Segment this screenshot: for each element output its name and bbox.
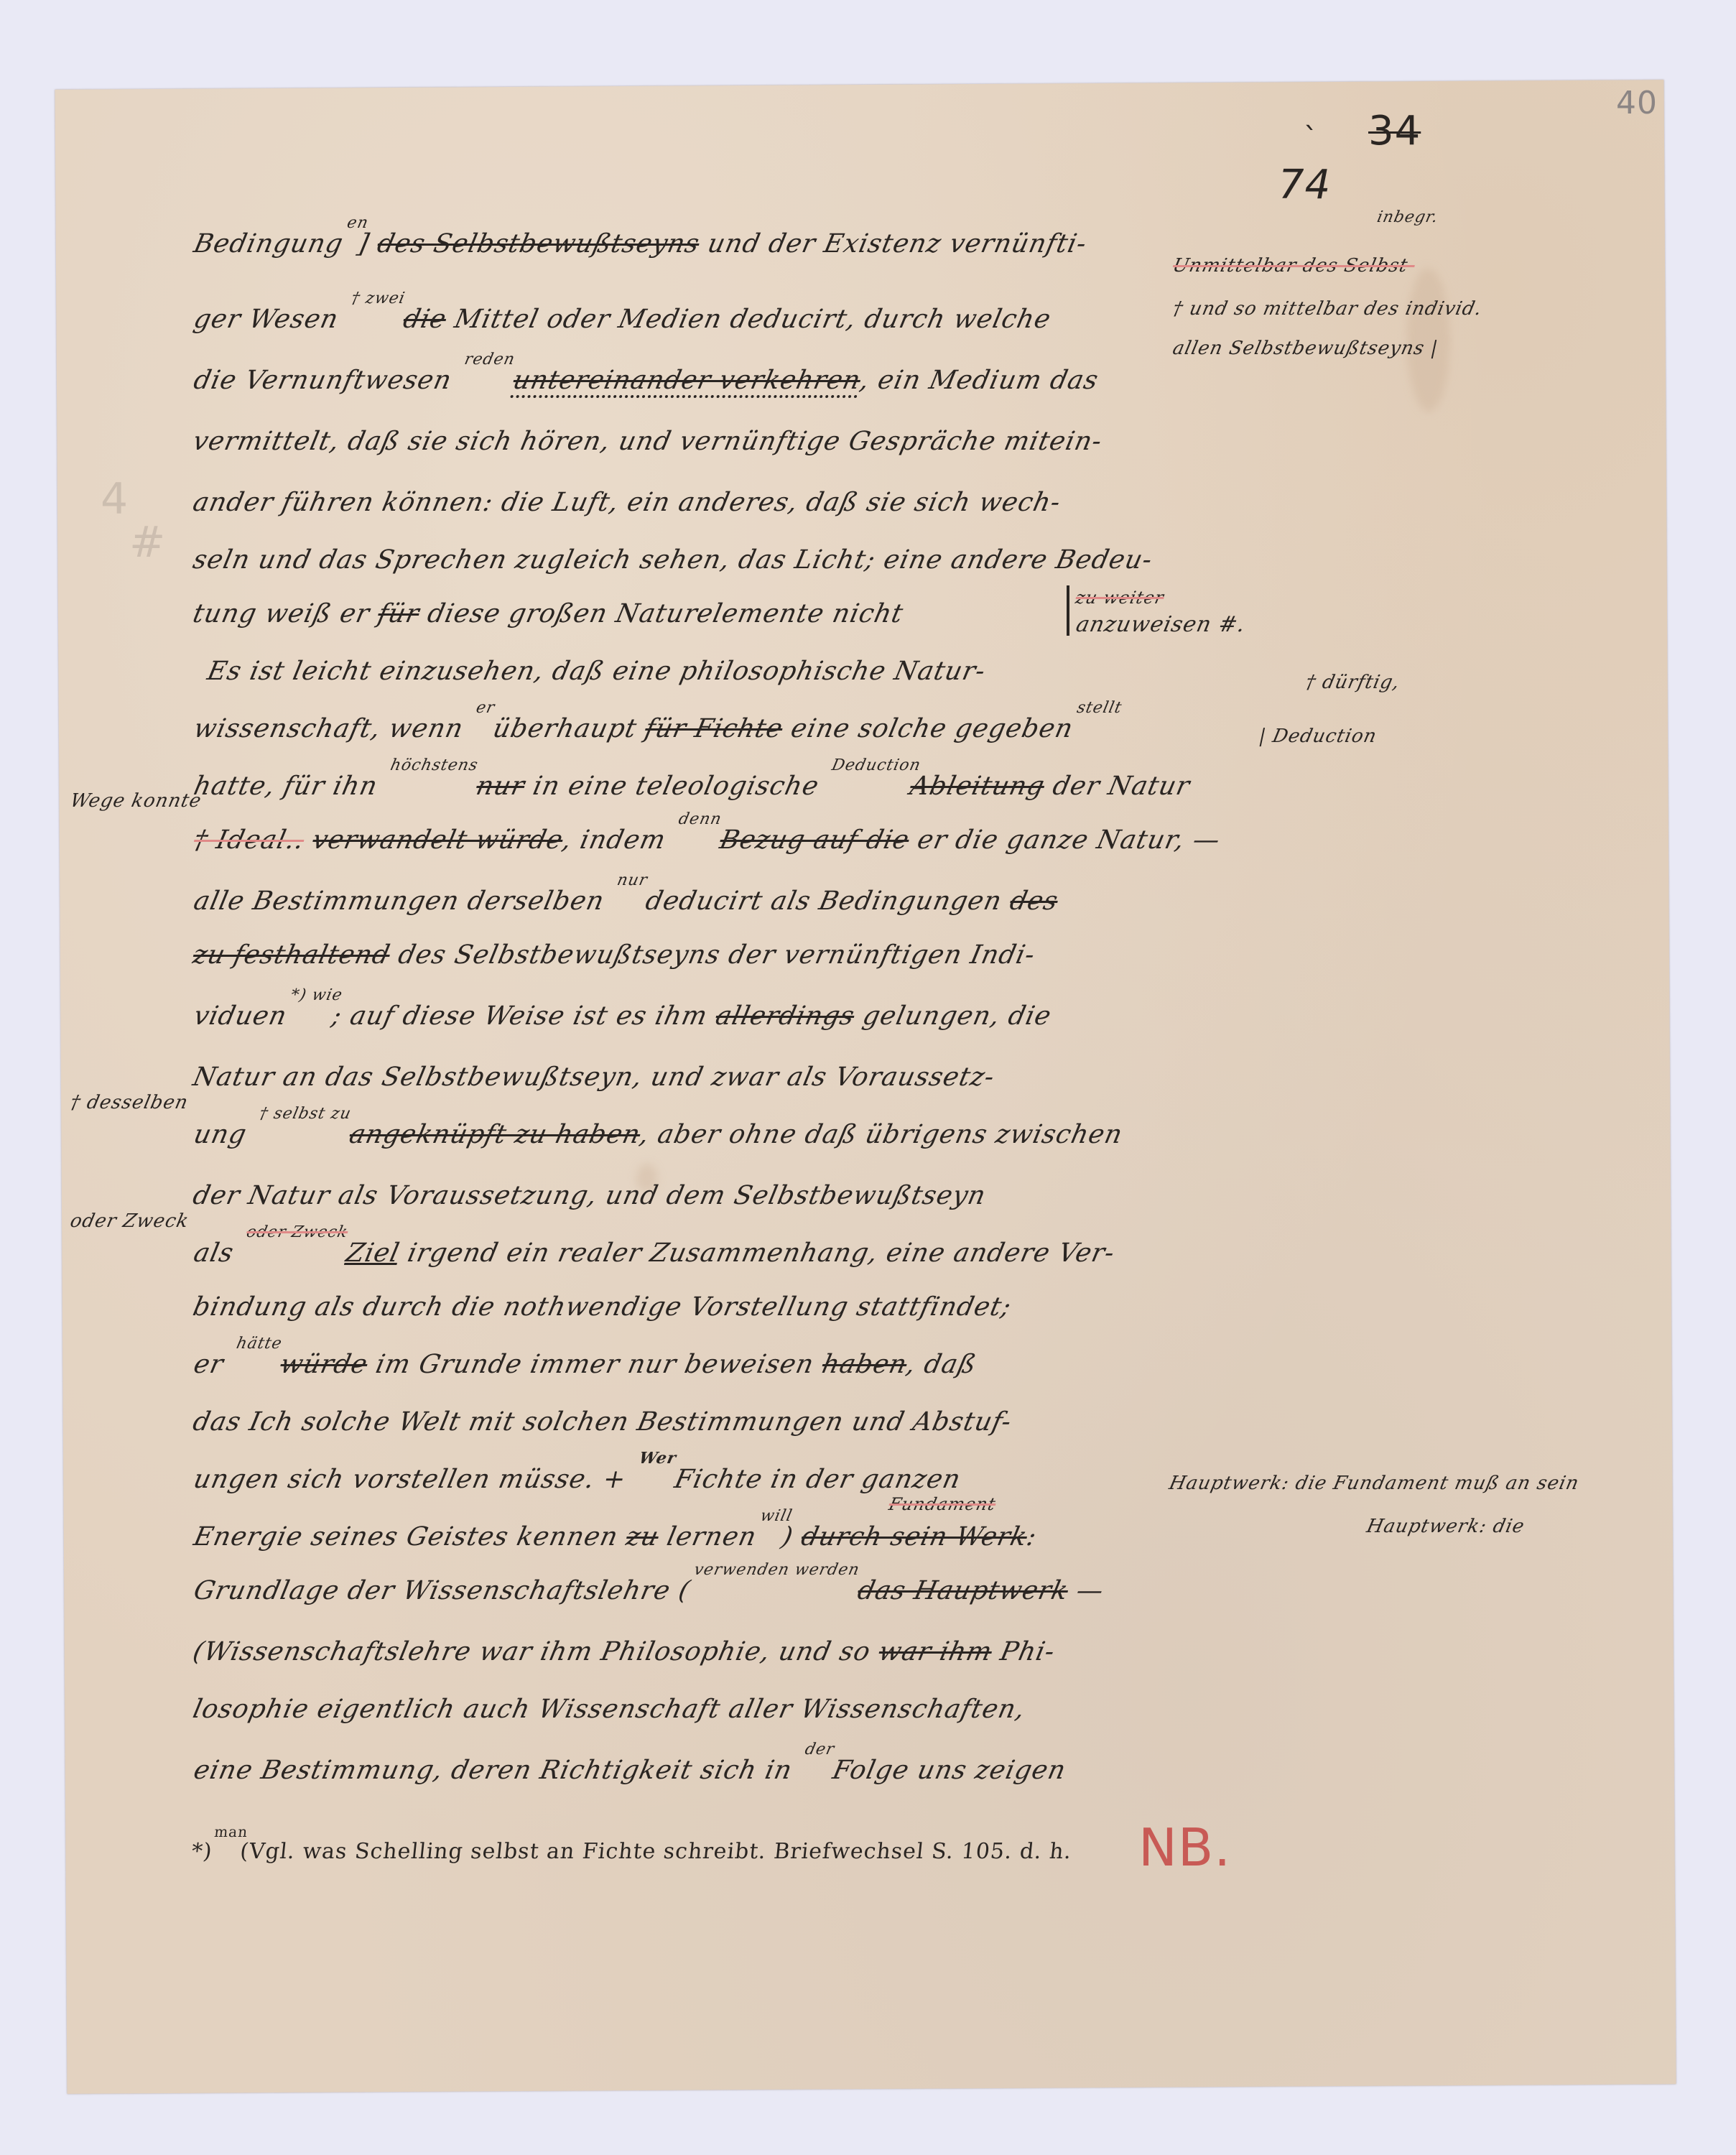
text-line: er hätte würde im Grunde immer nur bewei… — [190, 1350, 979, 1383]
text-line: der Natur als Voraussetzung, und dem Sel… — [190, 1182, 988, 1210]
struck-text: allerdings — [713, 1001, 858, 1031]
insertion: reden — [463, 351, 516, 369]
line-text: † Ideal.. — [191, 825, 307, 855]
text-line: zu festhaltend des Selbstbewußtseyns der… — [190, 941, 1038, 970]
pencil-folio-number: 40 — [1616, 85, 1658, 121]
margin-line: † dürftig, — [1304, 672, 1402, 693]
insertion: höchstens — [389, 756, 480, 774]
insertion: en — [345, 214, 371, 232]
text-line: bindung als durch die nothwendige Vorste… — [190, 1293, 1014, 1322]
text-line: eine Bestimmung, deren Richtigkeit sich … — [190, 1756, 1069, 1789]
text-line: Energie seines Geistes kennen zu lernenw… — [190, 1523, 1039, 1555]
text-line: die Vernunftwesen reden untereinander ve… — [190, 366, 1101, 399]
left-margin-note: † desselben — [68, 1092, 190, 1113]
line-text: er die ganze Natur, — — [906, 825, 1223, 855]
line-text: hatte, für ihn — [191, 771, 389, 801]
line-text: viduen — [191, 1001, 289, 1031]
insertion: stellt — [1075, 699, 1123, 717]
bracket-line — [1067, 585, 1069, 636]
line-text: irgend ein realer Zusammenhang, eine and… — [396, 1238, 1118, 1268]
insertion: denn — [677, 810, 723, 828]
old-page-number: 34 — [1368, 108, 1421, 154]
line-text: er — [191, 1350, 236, 1379]
line-text: deducirt als Bedingungen — [634, 886, 1013, 916]
line-text: Fichte in der ganzen — [663, 1465, 964, 1494]
struck-text: haben — [820, 1350, 910, 1379]
insertion: † zwei — [350, 289, 407, 307]
text-line: als oder Zweck Ziel irgend ein realer Zu… — [190, 1239, 1118, 1271]
line-text: diese großen Naturelemente nicht — [416, 599, 906, 629]
line-text: lernen — [655, 1522, 759, 1552]
line-text: alle Bestimmungen derselben — [191, 886, 616, 916]
struck-text: verwandelt würde — [310, 825, 565, 855]
insertion: verwenden werden — [692, 1561, 861, 1579]
footnote-insertion: man — [213, 1823, 249, 1840]
line-text: die Vernunftwesen — [191, 366, 463, 395]
insertion: der — [803, 1741, 836, 1758]
struck-text: angeknüpft zu haben — [347, 1120, 644, 1149]
line-text: , aber ohne daß übrigens zwischen — [637, 1120, 1125, 1149]
nota-bene-mark: NB. — [1138, 1817, 1231, 1878]
struck-text: für — [375, 599, 422, 629]
line-text: Phi- — [989, 1637, 1058, 1667]
text-line: seln und das Sprechen zugleich sehen, da… — [190, 546, 1155, 575]
struck-text: zu festhaltend — [190, 940, 393, 970]
caret-mark: ˋ — [1304, 122, 1319, 155]
text-line: losophie eigentlich auch Wissenschaft al… — [190, 1695, 1028, 1724]
margin-line: | Deduction — [1257, 726, 1379, 747]
struck-text: war ihm — [876, 1637, 995, 1667]
bleed-through-hash: # — [129, 517, 166, 567]
line-text: im Grunde immer nur beweisen — [364, 1350, 826, 1379]
footnote-text: (Vgl. was Schelling selbst an Fichte sch… — [239, 1839, 1073, 1864]
underlined-text: Ziel — [343, 1238, 402, 1268]
margin-line: allen Selbstbewußtseyns | — [1171, 338, 1440, 359]
line-text: überhaupt — [481, 714, 649, 743]
line-text: Bedingung — [191, 229, 346, 259]
line-text: ung — [191, 1120, 259, 1149]
insertion: hätte — [235, 1335, 284, 1353]
margin-insertion: inbegr. — [1375, 208, 1440, 226]
text-line: hatte, für ihn höchstens nur in eine tel… — [190, 772, 1192, 805]
struck-text: nur — [473, 771, 527, 801]
text-line: (Wissenschaftslehre war ihm Philosophie,… — [190, 1638, 1058, 1667]
line-text: Energie seines Geistes kennen — [191, 1522, 630, 1552]
text-line: † Ideal.. verwandelt würde, indem denn B… — [190, 826, 1223, 858]
bracket-insertion: zu weiter — [1074, 588, 1166, 608]
insertion: nur — [616, 871, 649, 889]
text-line: viduen*) wie; auf diese Weise ist es ihm… — [190, 1002, 1054, 1034]
line-text: , indem — [560, 825, 677, 855]
line-text: und der Existenz vernünfti- — [696, 229, 1090, 259]
line-text: , ein Medium das — [858, 366, 1102, 395]
insertion: oder Zweck — [245, 1223, 350, 1241]
text-line: ungen sich vorstellen müsse. + Wer Ficht… — [190, 1465, 963, 1497]
text-line: ander führen können: die Luft, ein ander… — [190, 488, 1063, 517]
struck-text: für Fichte — [642, 714, 785, 743]
insertion: Deduction — [830, 756, 923, 774]
line-text: eine solche gegeben — [779, 714, 1076, 743]
bracket-insertion: Fundament — [887, 1494, 998, 1514]
text-line: ger Wesen † zwei die Mittel oder Medien … — [190, 305, 1054, 338]
margin-line: † und so mittelbar des individ. — [1171, 298, 1484, 320]
text-line: Es ist leicht einzusehen, daß eine philo… — [205, 657, 988, 686]
struck-text: des — [1007, 886, 1061, 916]
bracket-text: anzuweisen #. — [1074, 612, 1248, 637]
line-text: wissenschaft, wenn — [191, 714, 475, 743]
text-line: vermittelt, daß sie sich hören, und vern… — [190, 427, 1105, 456]
line-text: des Selbstbewußtseyns der vernünftigen I… — [386, 940, 1038, 970]
text-line: ung † selbst zu angeknüpft zu haben, abe… — [190, 1121, 1125, 1153]
struck-text: das Hauptwerk — [855, 1576, 1071, 1605]
line-text: als — [191, 1238, 246, 1268]
margin-line: Hauptwerk: die Fundament muß an sein — [1167, 1473, 1581, 1494]
text-line: wissenschaft, wenn er überhaupt für Fich… — [190, 715, 1115, 747]
text-line: Bedingungen] des Selbstbewußtseyns und d… — [190, 230, 1090, 262]
margin-line: Hauptwerk: die — [1365, 1516, 1527, 1537]
line-text: Grundlage der Wissenschaftslehre ( — [191, 1576, 693, 1605]
line-text: Folge uns zeigen — [821, 1756, 1069, 1785]
line-text: der Natur — [1041, 771, 1193, 801]
struck-text: würde — [277, 1350, 370, 1379]
struck-text: des Selbstbewußtseyns — [375, 229, 702, 259]
text-line: alle Bestimmungen derselben nur deducirt… — [190, 887, 1061, 919]
insertion: † selbst zu — [258, 1105, 353, 1123]
text-line: Natur an das Selbstbewußtseyn, und zwar … — [190, 1063, 998, 1092]
line-text: in eine teleologische — [521, 771, 831, 801]
line-text: Mittel oder Medien deducirt, durch welch… — [443, 305, 1054, 334]
line-text: (Wissenschaftslehre war ihm Philosophie,… — [190, 1637, 882, 1667]
line-text: ungen sich vorstellen müsse. + — [191, 1465, 638, 1494]
line-text: , daß — [904, 1350, 979, 1379]
text-line: das Ich solche Welt mit solchen Bestimmu… — [190, 1408, 1014, 1437]
insertion: will — [758, 1507, 794, 1525]
text-line: Grundlage der Wissenschaftslehre (verwen… — [190, 1577, 1107, 1609]
footnote-marker: *) wie — [289, 986, 345, 1004]
struck-text: Ableitung — [907, 771, 1047, 801]
left-margin-note: Wege konnte — [68, 790, 203, 812]
text-line: tung weiß er für diese großen Natureleme… — [190, 600, 906, 629]
line-text: ger Wesen — [191, 305, 350, 334]
left-margin-note: oder Zweck — [68, 1210, 191, 1232]
bleed-through-mark: 4 — [101, 474, 129, 524]
page-number: 74 — [1278, 162, 1331, 208]
line-text: ; auf diese Weise ist es ihm — [329, 1001, 719, 1031]
margin-line: Unmittelbar des Selbst- — [1171, 255, 1417, 277]
struck-text: die — [401, 305, 450, 334]
line-text: eine Bestimmung, deren Richtigkeit sich … — [191, 1756, 804, 1785]
struck-text: durch sein Werk — [799, 1522, 1030, 1552]
footnote-marker: *) — [190, 1839, 213, 1864]
struck-text: untereinander verkehren — [510, 366, 863, 398]
struck-text: Bezug auf die — [717, 825, 911, 855]
line-text: — — [1065, 1576, 1107, 1605]
line-text: gelungen, die — [851, 1001, 1054, 1031]
insertion: Wer — [637, 1449, 678, 1468]
line-text: tung weiß er — [190, 599, 381, 629]
footnote: *)man(Vgl. was Schelling selbst an Ficht… — [190, 1839, 1073, 1864]
